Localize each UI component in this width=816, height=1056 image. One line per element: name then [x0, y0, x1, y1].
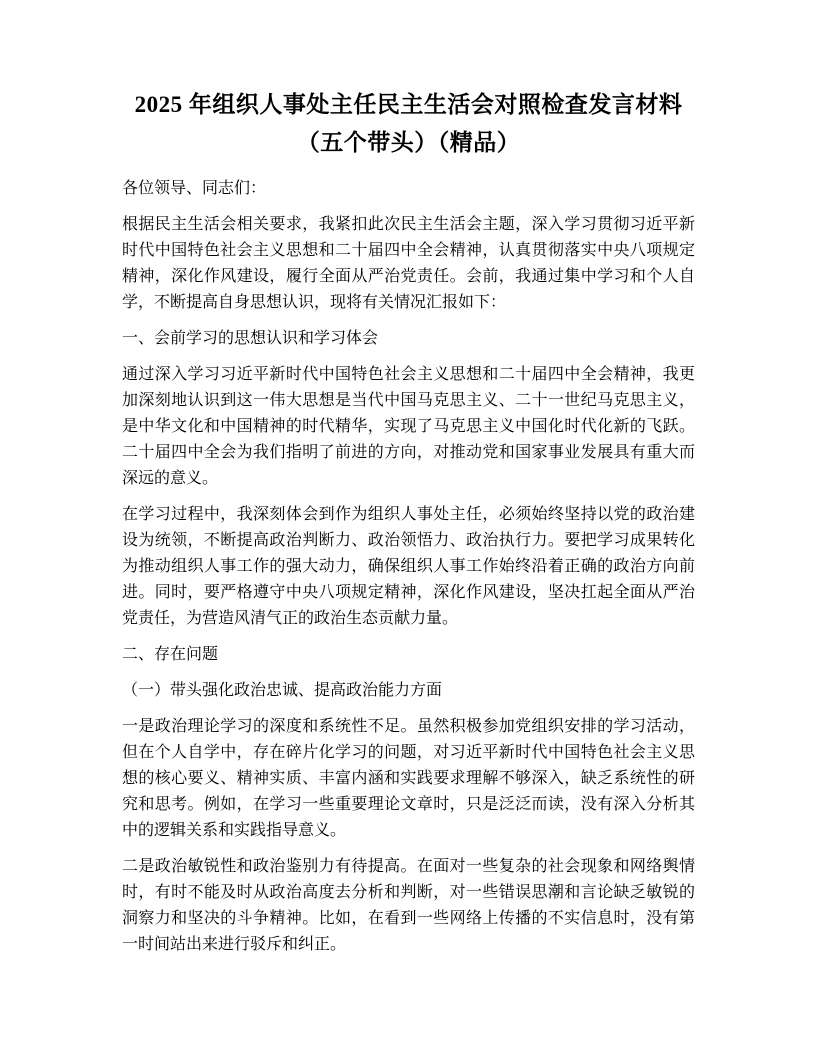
section-2-heading: 二、存在问题 [122, 642, 695, 668]
section-2-subsection-1-heading: （一）带头强化政治忠诚、提高政治能力方面 [122, 678, 695, 704]
document-title: 2025 年组织人事处主任民主生活会对照检查发言材料（五个带头）（精品） [131, 86, 686, 162]
section-2-paragraph-1: 一是政治理论学习的深度和系统性不足。虽然积极参加党组织安排的学习活动，但在个人自… [122, 714, 695, 844]
document-page: 2025 年组织人事处主任民主生活会对照检查发言材料（五个带头）（精品） 各位领… [0, 0, 816, 1056]
section-1-paragraph-2: 在学习过程中，我深刻体会到作为组织人事处主任，必须始终坚持以党的政治建设为统领，… [122, 502, 695, 632]
section-1-paragraph-1: 通过深入学习习近平新时代中国特色社会主义思想和二十届四中全会精神，我更加深刻地认… [122, 362, 695, 492]
section-1-heading: 一、会前学习的思想认识和学习体会 [122, 326, 695, 352]
opening-paragraph: 根据民主生活会相关要求，我紧扣此次民主生活会主题，深入学习贯彻习近平新时代中国特… [122, 212, 695, 316]
section-2-paragraph-2: 二是政治敏锐性和政治鉴别力有待提高。在面对一些复杂的社会现象和网络舆情时，有时不… [122, 854, 695, 958]
salutation: 各位领导、同志们： [122, 176, 695, 202]
